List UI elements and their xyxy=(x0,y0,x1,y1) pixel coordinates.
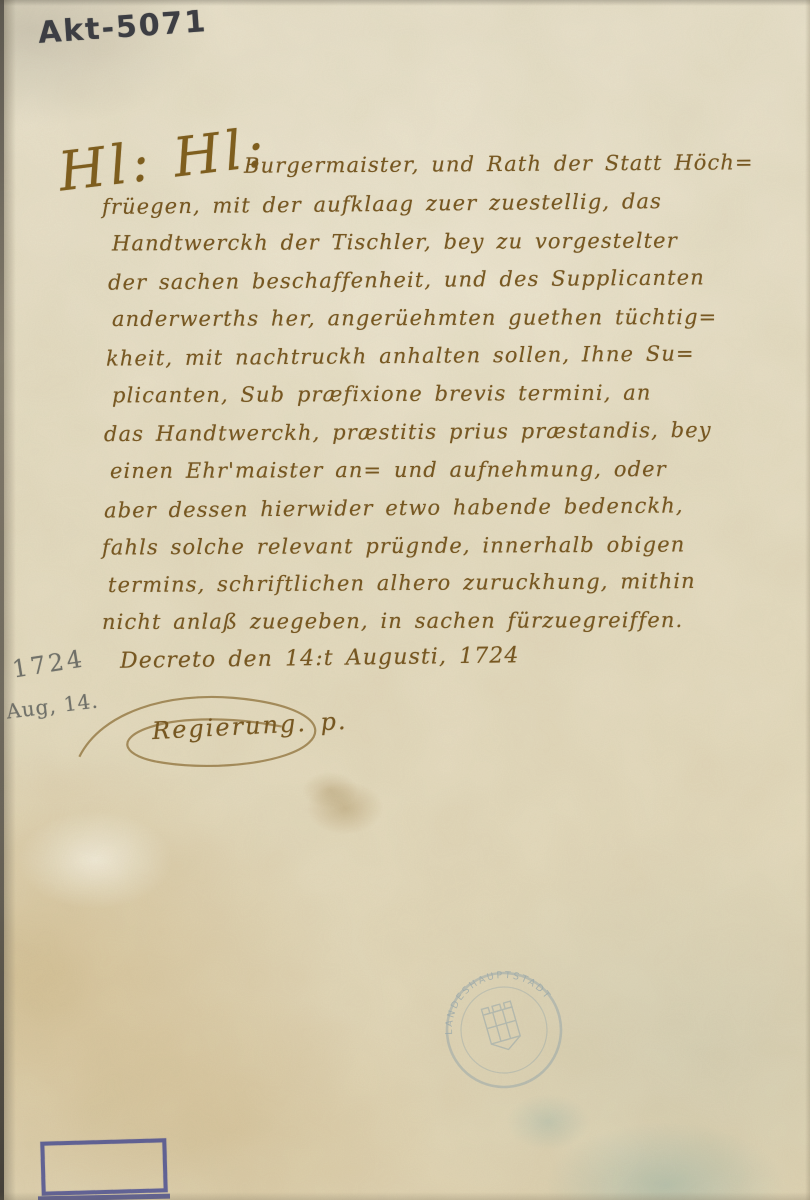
manuscript-line: Burgermaister, und Rath der Statt Höch= xyxy=(244,150,754,178)
manuscript-line: kheit, mit nachtruckh anhalten sollen, I… xyxy=(106,341,695,370)
manuscript-scan: Akt-5071 Hl: Hl: Burgermaister, und Rath… xyxy=(0,0,810,1200)
paper-edge-shadow xyxy=(4,0,16,1200)
opening-initials: Hl: Hl: xyxy=(55,115,271,203)
archive-round-stamp: LANDESHAUPTSTADT xyxy=(422,948,585,1111)
stamp-crest-shield xyxy=(481,1001,523,1053)
manuscript-line: nicht anlaß zuegeben, in sachen fürzuegr… xyxy=(102,608,683,634)
manuscript-line: Handtwerckh der Tischler, bey zu vorgest… xyxy=(112,229,678,256)
manuscript-line: plicanten, Sub præfixione brevis termini… xyxy=(112,381,652,408)
manuscript-line: der sachen beschaffenheit, und des Suppl… xyxy=(108,265,705,294)
decree-date-line: Decreto den 14:t Augusti, 1724 xyxy=(120,643,520,674)
scan-top-shadow xyxy=(0,0,810,6)
scan-right-shadow xyxy=(805,0,810,1200)
manuscript-line: fahls solche relevant prügnde, innerhalb… xyxy=(102,532,685,559)
margin-note-year: 1724 xyxy=(10,644,87,683)
manuscript-line: aber dessen hierwider etwo habende beden… xyxy=(104,493,684,522)
manuscript-line: termins, schriftlichen alhero zuruckhung… xyxy=(108,569,696,597)
manuscript-line: das Handtwerckh, præstitis prius præstan… xyxy=(104,418,712,446)
manuscript-line: früegen, mit der aufklaag zuer zuestelli… xyxy=(102,189,662,219)
manuscript-line: einen Ehr'maister an= und aufnehmung, od… xyxy=(110,457,667,483)
archival-number-label: Akt-5071 xyxy=(37,4,208,51)
manuscript-line: anderwerths her, angerüehmten guethen tü… xyxy=(112,305,717,331)
stamp-arc-text: LANDESHAUPTSTADT xyxy=(431,957,556,1038)
svg-text:LANDESHAUPTSTADT: LANDESHAUPTSTADT xyxy=(431,957,556,1038)
scan-bottom-shadow xyxy=(0,1192,810,1200)
blue-crayon-frame xyxy=(40,1138,167,1195)
